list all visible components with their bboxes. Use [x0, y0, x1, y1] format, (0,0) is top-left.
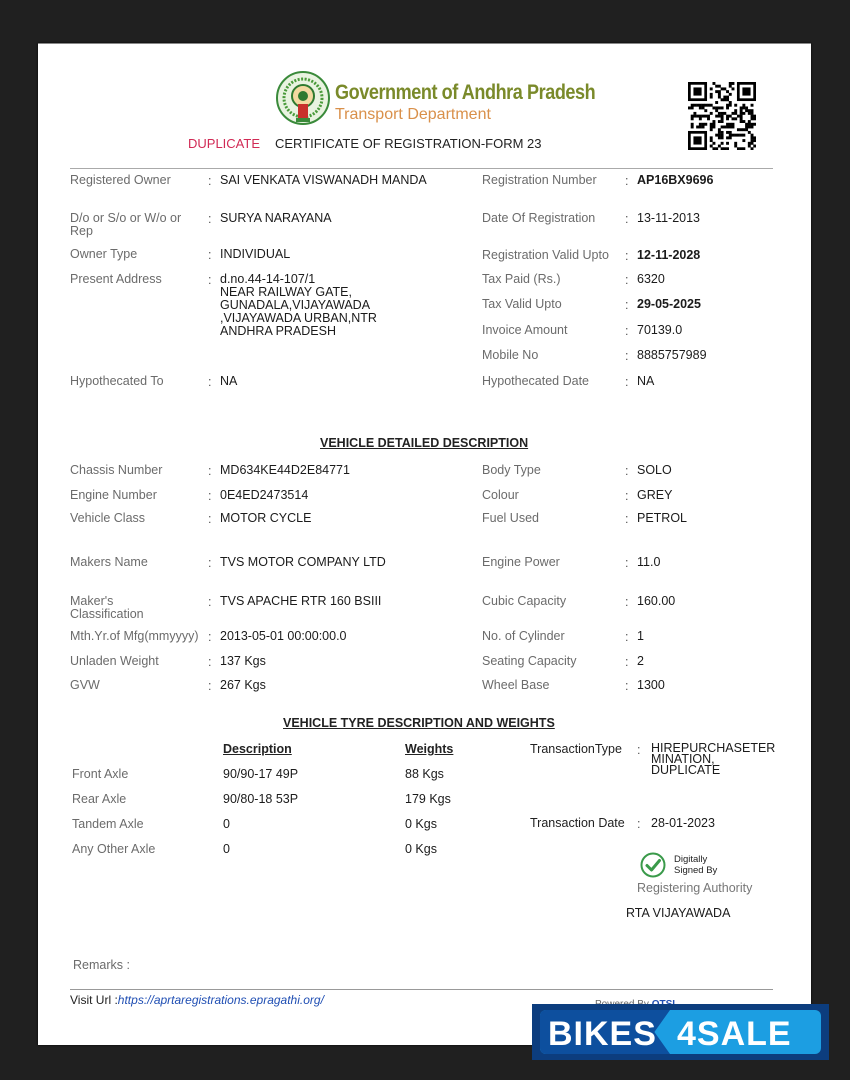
vehicle-field-value: 137 Kgs [220, 655, 266, 668]
duplicate-label: DUPLICATE [188, 136, 260, 151]
tyre-description: 90/80-18 53P [223, 793, 298, 806]
vehicle-field-label: Maker's Classification [70, 595, 144, 621]
remarks-label: Remarks : [73, 959, 130, 972]
tyre-section-title: VEHICLE TYRE DESCRIPTION AND WEIGHTS [283, 716, 555, 730]
vehicle-field-label: Makers Name [70, 556, 148, 569]
government-title: Government of Andhra Pradesh [335, 81, 595, 105]
vehicle-field-label: Chassis Number [70, 464, 162, 477]
owner-field-value: NA [220, 375, 237, 388]
vehicle-spec-value: GREY [637, 489, 672, 502]
registration-field-label: Date Of Registration [482, 212, 595, 225]
vehicle-field-value: 0E4ED2473514 [220, 489, 308, 502]
tyre-axle: Tandem Axle [72, 818, 144, 831]
colon: : [208, 273, 211, 287]
owner-field-label: Registered Owner [70, 174, 171, 187]
registration-field-value: AP16BX9696 [637, 174, 713, 187]
vehicle-spec-label: Wheel Base [482, 679, 549, 692]
colon: : [208, 556, 211, 570]
vehicle-field-value: TVS APACHE RTR 160 BSIII [220, 595, 381, 608]
transaction-type-value: HIREPURCHASETER MINATION, DUPLICATE [651, 743, 775, 776]
header-divider [70, 168, 773, 169]
owner-field-label: Owner Type [70, 248, 137, 261]
vehicle-field-label: GVW [70, 679, 100, 692]
digitally-label: Digitally [674, 854, 707, 865]
owner-field-value: SURYA NARAYANA [220, 212, 332, 225]
owner-field-value: SAI VENKATA VISWANADH MANDA [220, 174, 427, 187]
owner-field-value: INDIVIDUAL [220, 248, 290, 261]
colon: : [625, 249, 628, 263]
visit-url: Visit Url :https://aprtaregistrations.ep… [70, 993, 324, 1007]
registration-field-label: Mobile No [482, 349, 538, 362]
owner-field-value: d.no.44-14-107/1 NEAR RAILWAY GATE, GUNA… [220, 273, 377, 338]
visit-url-link[interactable]: https://aprtaregistrations.epragathi.org… [118, 993, 324, 1007]
colon: : [625, 512, 628, 526]
vehicle-section-title: VEHICLE DETAILED DESCRIPTION [320, 436, 528, 450]
colon: : [625, 375, 628, 389]
vehicle-spec-label: Fuel Used [482, 512, 539, 525]
registration-field-label: Tax Paid (Rs.) [482, 273, 561, 286]
registration-field-value: NA [637, 375, 654, 388]
tyre-weight: 0 Kgs [405, 843, 437, 856]
visit-url-label: Visit Url : [70, 993, 118, 1007]
tyre-axle: Front Axle [72, 768, 128, 781]
vehicle-spec-label: Cubic Capacity [482, 595, 566, 608]
colon: : [625, 679, 628, 693]
vehicle-spec-value: 2 [637, 655, 644, 668]
watermark-right: 4SALE [677, 1015, 792, 1054]
owner-field-label: Hypothecated To [70, 375, 164, 388]
colon: : [208, 174, 211, 188]
tyre-header-weights: Weights [405, 742, 453, 756]
tyre-weight: 88 Kgs [405, 768, 444, 781]
registration-field-label: Registration Number [482, 174, 597, 187]
bikes4sale-watermark: BIKES 4SALE [532, 1004, 829, 1060]
transaction-date-value: 28-01-2023 [651, 817, 715, 830]
vehicle-spec-value: 11.0 [637, 556, 660, 569]
colon: : [625, 655, 628, 669]
registering-authority: Registering Authority [637, 881, 752, 895]
vehicle-spec-label: Body Type [482, 464, 541, 477]
vehicle-field-value: 2013-05-01 00:00:00.0 [220, 630, 347, 643]
colon: : [625, 489, 628, 503]
tyre-header-description: Description [223, 742, 292, 756]
colon: : [637, 817, 640, 831]
vehicle-spec-value: PETROL [637, 512, 687, 525]
vehicle-spec-label: No. of Cylinder [482, 630, 565, 643]
registration-field-value: 12-11-2028 [637, 249, 700, 262]
tyre-description: 0 [223, 818, 230, 831]
registration-field-value: 6320 [637, 273, 665, 286]
colon: : [625, 464, 628, 478]
colon: : [625, 273, 628, 287]
check-circle-icon [640, 852, 666, 878]
vehicle-field-label: Mth.Yr.of Mfg(mmyyyy) [70, 630, 198, 643]
ap-state-emblem-icon [275, 70, 331, 130]
tyre-weight: 0 Kgs [405, 818, 437, 831]
colon: : [208, 512, 211, 526]
qr-code-icon [688, 82, 756, 150]
owner-field-label: Present Address [70, 273, 162, 286]
tyre-description: 0 [223, 843, 230, 856]
vehicle-field-value: 267 Kgs [220, 679, 266, 692]
vehicle-spec-label: Seating Capacity [482, 655, 577, 668]
colon: : [208, 248, 211, 262]
vehicle-field-label: Engine Number [70, 489, 157, 502]
colon: : [208, 464, 211, 478]
vehicle-field-value: MD634KE44D2E84771 [220, 464, 350, 477]
registration-field-label: Hypothecated Date [482, 375, 589, 388]
vehicle-spec-label: Colour [482, 489, 519, 502]
colon: : [208, 595, 211, 609]
transaction-date-label: Transaction Date [530, 817, 625, 830]
vehicle-field-value: MOTOR CYCLE [220, 512, 311, 525]
vehicle-field-label: Vehicle Class [70, 512, 145, 525]
certificate-title: CERTIFICATE OF REGISTRATION-FORM 23 [275, 136, 542, 151]
registration-field-label: Tax Valid Upto [482, 298, 562, 311]
vehicle-spec-label: Engine Power [482, 556, 560, 569]
vehicle-spec-value: SOLO [637, 464, 672, 477]
colon: : [208, 375, 211, 389]
registration-field-value: 70139.0 [637, 324, 682, 337]
vehicle-spec-value: 1300 [637, 679, 665, 692]
transaction-type-label: TransactionType [530, 743, 622, 756]
tyre-description: 90/90-17 49P [223, 768, 298, 781]
colon: : [625, 298, 628, 312]
registration-field-label: Invoice Amount [482, 324, 567, 337]
colon: : [208, 212, 211, 226]
colon: : [625, 349, 628, 363]
vehicle-field-label: Unladen Weight [70, 655, 159, 668]
colon: : [208, 630, 211, 644]
tyre-weight: 179 Kgs [405, 793, 451, 806]
signed-by-label: Signed By [674, 865, 717, 876]
colon: : [625, 556, 628, 570]
vehicle-spec-value: 1 [637, 630, 644, 643]
registration-field-label: Registration Valid Upto [482, 249, 609, 262]
vehicle-spec-value: 160.00 [637, 595, 675, 608]
colon: : [208, 655, 211, 669]
footer-divider [70, 989, 773, 990]
vehicle-field-value: TVS MOTOR COMPANY LTD [220, 556, 386, 569]
colon: : [637, 743, 640, 757]
tyre-axle: Any Other Axle [72, 843, 155, 856]
colon: : [625, 174, 628, 188]
department-title: Transport Department [335, 106, 491, 124]
registration-field-value: 8885757989 [637, 349, 707, 362]
colon: : [625, 324, 628, 338]
colon: : [208, 489, 211, 503]
owner-field-label: D/o or S/o or W/o or Rep [70, 212, 181, 238]
watermark-left: BIKES [548, 1015, 657, 1054]
colon: : [625, 212, 628, 226]
registration-field-value: 29-05-2025 [637, 298, 701, 311]
registration-certificate: Government of Andhra Pradesh Transport D… [38, 43, 811, 1045]
colon: : [625, 630, 628, 644]
tyre-axle: Rear Axle [72, 793, 126, 806]
colon: : [625, 595, 628, 609]
rta-office: RTA VIJAYAWADA [626, 907, 730, 920]
registration-field-value: 13-11-2013 [637, 212, 700, 225]
colon: : [208, 679, 211, 693]
